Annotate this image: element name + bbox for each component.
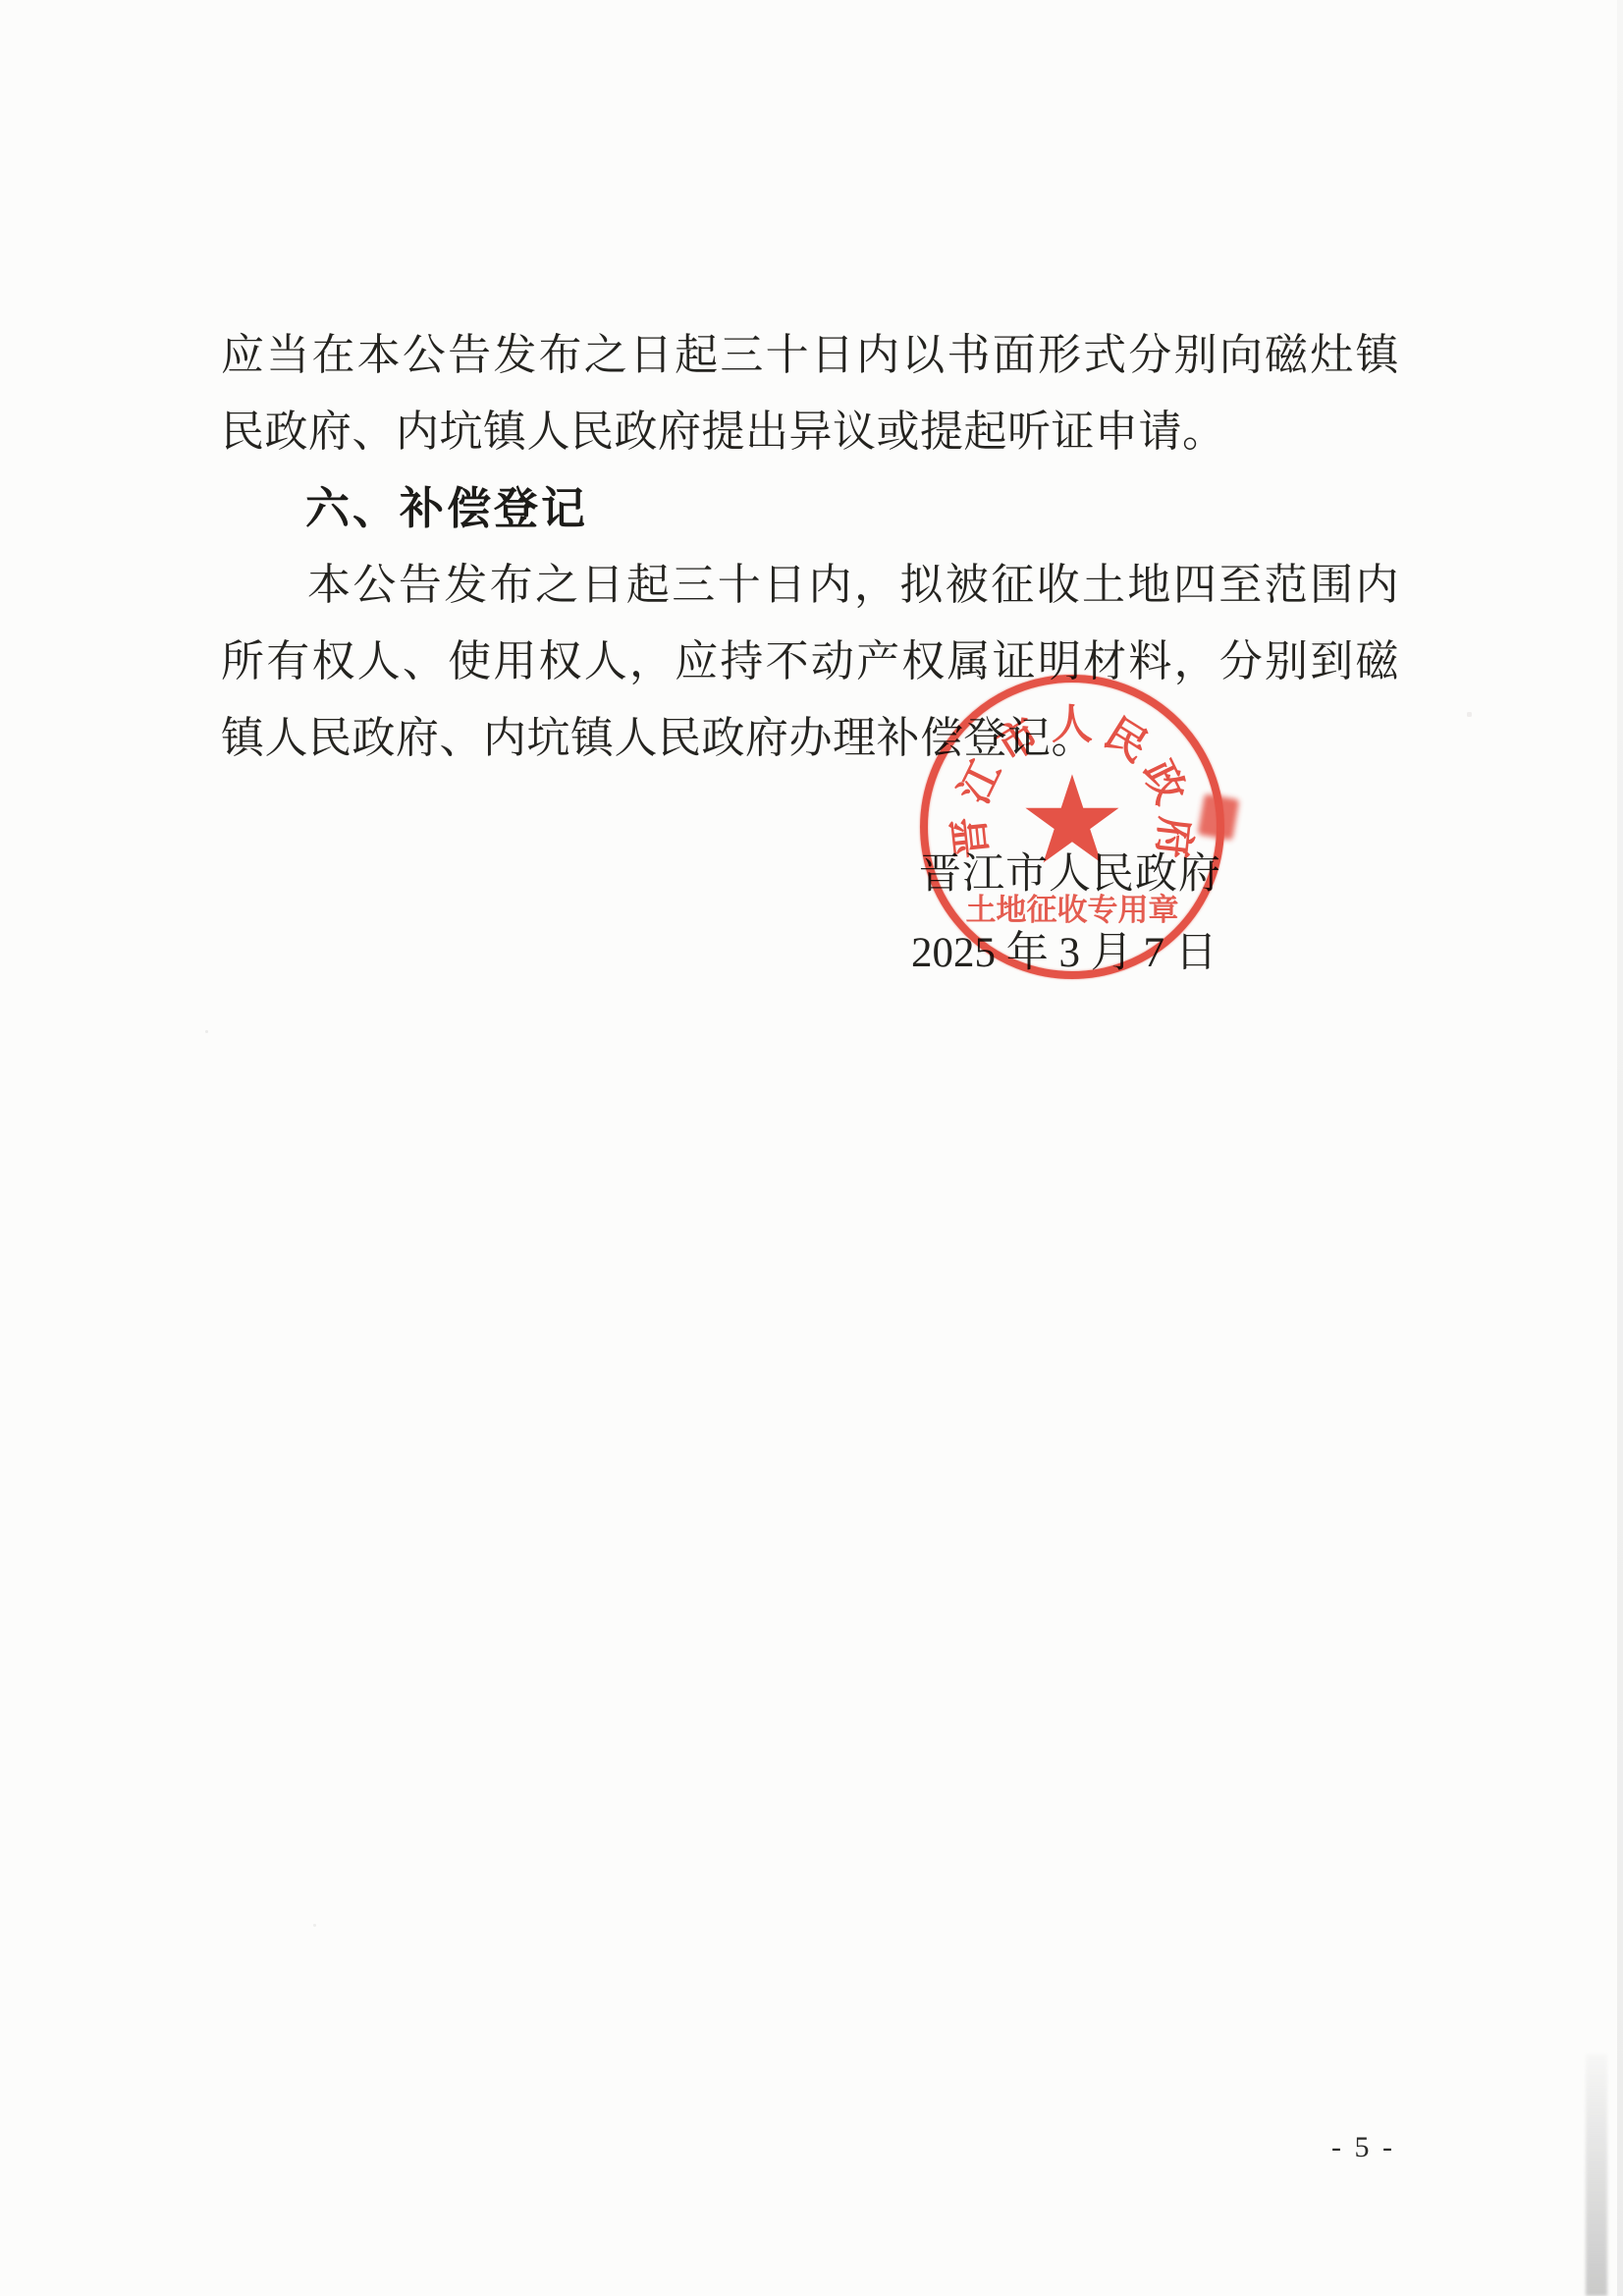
official-seal: 晋 江 市 人 民 政 府 ★ 土地征收专用章 <box>920 675 1224 979</box>
paragraph2-line1: 本公告发布之日起三十日内，拟被征收土地四至范围内的 <box>221 547 1399 624</box>
section-heading: 六、补偿登记 <box>221 470 1399 547</box>
scan-noise-specks <box>0 0 1 1</box>
star-icon: ★ <box>1017 760 1126 882</box>
scan-edge-artifact <box>1586 2054 1607 2296</box>
seal-ink-blotch <box>1198 793 1240 841</box>
page-number: - 5 - <box>1331 2131 1395 2164</box>
seal-banner-text: 土地征收专用章 <box>920 885 1224 929</box>
scan-edge-line <box>1617 0 1623 2296</box>
paragraph1-line1: 应当在本公告发布之日起三十日内以书面形式分别向磁灶镇人 <box>221 317 1399 394</box>
paragraph1-line2: 民政府、内坑镇人民政府提出异议或提起听证申请。 <box>221 394 1399 470</box>
scanned-document-page: 应当在本公告发布之日起三十日内以书面形式分别向磁灶镇人 民政府、内坑镇人民政府提… <box>0 0 1623 2296</box>
